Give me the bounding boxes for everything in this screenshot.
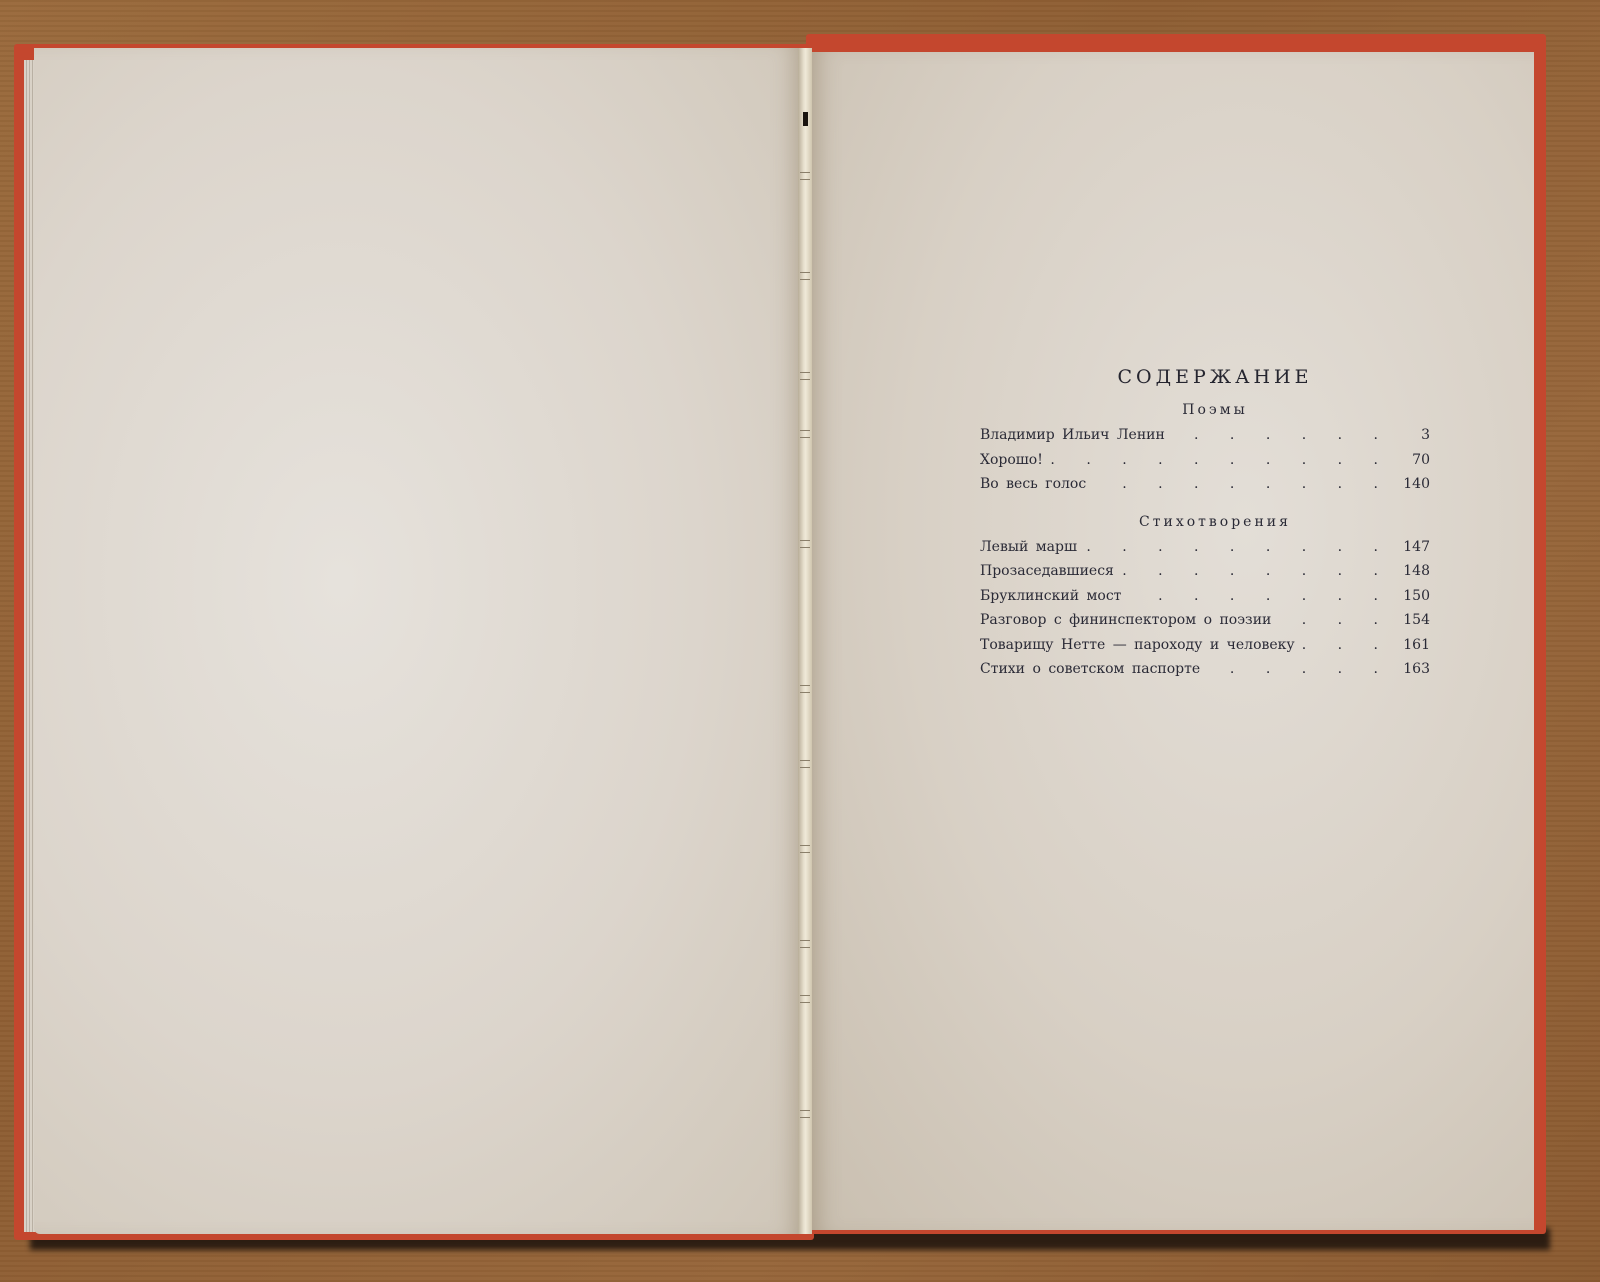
toc-entry-page: 147 [1390,535,1430,560]
toc-entry-title: Разговор с фининспектором о поэзии [980,608,1279,633]
toc-entry-page: 163 [1390,657,1430,682]
left-page-blank [34,48,800,1234]
toc-entry-title: Товарищу Нетте — пароходу и человеку [980,633,1303,658]
toc-entry-title: Во весь голос [980,472,1094,497]
toc-entry-title: Прозаседавшиеся [980,559,1122,584]
toc-entry-title: Левый марш [980,535,1085,560]
toc-entry-title: Хорошо! [980,448,1051,473]
leader-dots: . . . . . . . . . . . . . . . . . . . . … [1279,608,1390,633]
spine-stitch [800,845,810,853]
toc-entry-page: 150 [1390,584,1430,609]
toc-entry: Бруклинский мост . . . . . . . . . . . .… [980,584,1430,609]
spine-stitch [800,685,810,693]
table-of-contents: СОДЕРЖАНИЕ Поэмы Владимир Ильич Ленин . … [980,366,1430,682]
spine-stitch [800,372,810,380]
spine-stitch [800,540,810,548]
leader-dots: . . . . . . . . . . . . . . . . . . . . … [1094,472,1390,497]
toc-entry: Стихи о советском паспорте . . . . . . .… [980,657,1430,682]
toc-entry: Владимир Ильич Ленин . . . . . . . . . .… [980,423,1430,448]
spine-stitch [800,430,810,438]
toc-entry: Хорошо! . . . . . . . . . . . . . . . . … [980,448,1430,473]
spine-stitch [800,272,810,280]
leader-dots: . . . . . . . . . . . . . . . . . . . . … [1303,633,1390,658]
toc-entry: Прозаседавшиеся . . . . . . . . . . . . … [980,559,1430,584]
toc-section-heading-poems: Поэмы [1000,402,1430,418]
toc-entry: Во весь голос . . . . . . . . . . . . . … [980,472,1430,497]
toc-entry-page: 3 [1390,423,1430,448]
toc-entry-page: 148 [1390,559,1430,584]
leader-dots: . . . . . . . . . . . . . . . . . . . . … [1208,657,1390,682]
spine-stitch [800,940,810,948]
toc-entry-page: 161 [1390,633,1430,658]
leader-dots: . . . . . . . . . . . . . . . . . . . . … [1129,584,1390,609]
spine-stitch-hole [803,112,808,126]
toc-entry-page: 154 [1390,608,1430,633]
toc-entry-title: Владимир Ильич Ленин [980,423,1173,448]
toc-entry-page: 70 [1390,448,1430,473]
toc-entry-title: Бруклинский мост [980,584,1129,609]
spine-stitch [800,1110,810,1118]
toc-entry-page: 140 [1390,472,1430,497]
spine-stitch [800,995,810,1003]
spine-stitch [800,760,810,768]
book-spine-gutter [798,48,812,1234]
toc-entry-title: Стихи о советском паспорте [980,657,1208,682]
spine-stitch [800,172,810,180]
toc-section-heading-poems-short: Стихотворения [1000,514,1430,530]
toc-entry: Разговор с фининспектором о поэзии . . .… [980,608,1430,633]
toc-entry: Товарищу Нетте — пароходу и человеку . .… [980,633,1430,658]
toc-title: СОДЕРЖАНИЕ [1000,366,1430,388]
toc-entry: Левый марш . . . . . . . . . . . . . . .… [980,535,1430,560]
leader-dots: . . . . . . . . . . . . . . . . . . . . … [1122,559,1390,584]
leader-dots: . . . . . . . . . . . . . . . . . . . . … [1173,423,1390,448]
leader-dots: . . . . . . . . . . . . . . . . . . . . … [1085,535,1390,560]
leader-dots: . . . . . . . . . . . . . . . . . . . . … [1051,448,1390,473]
